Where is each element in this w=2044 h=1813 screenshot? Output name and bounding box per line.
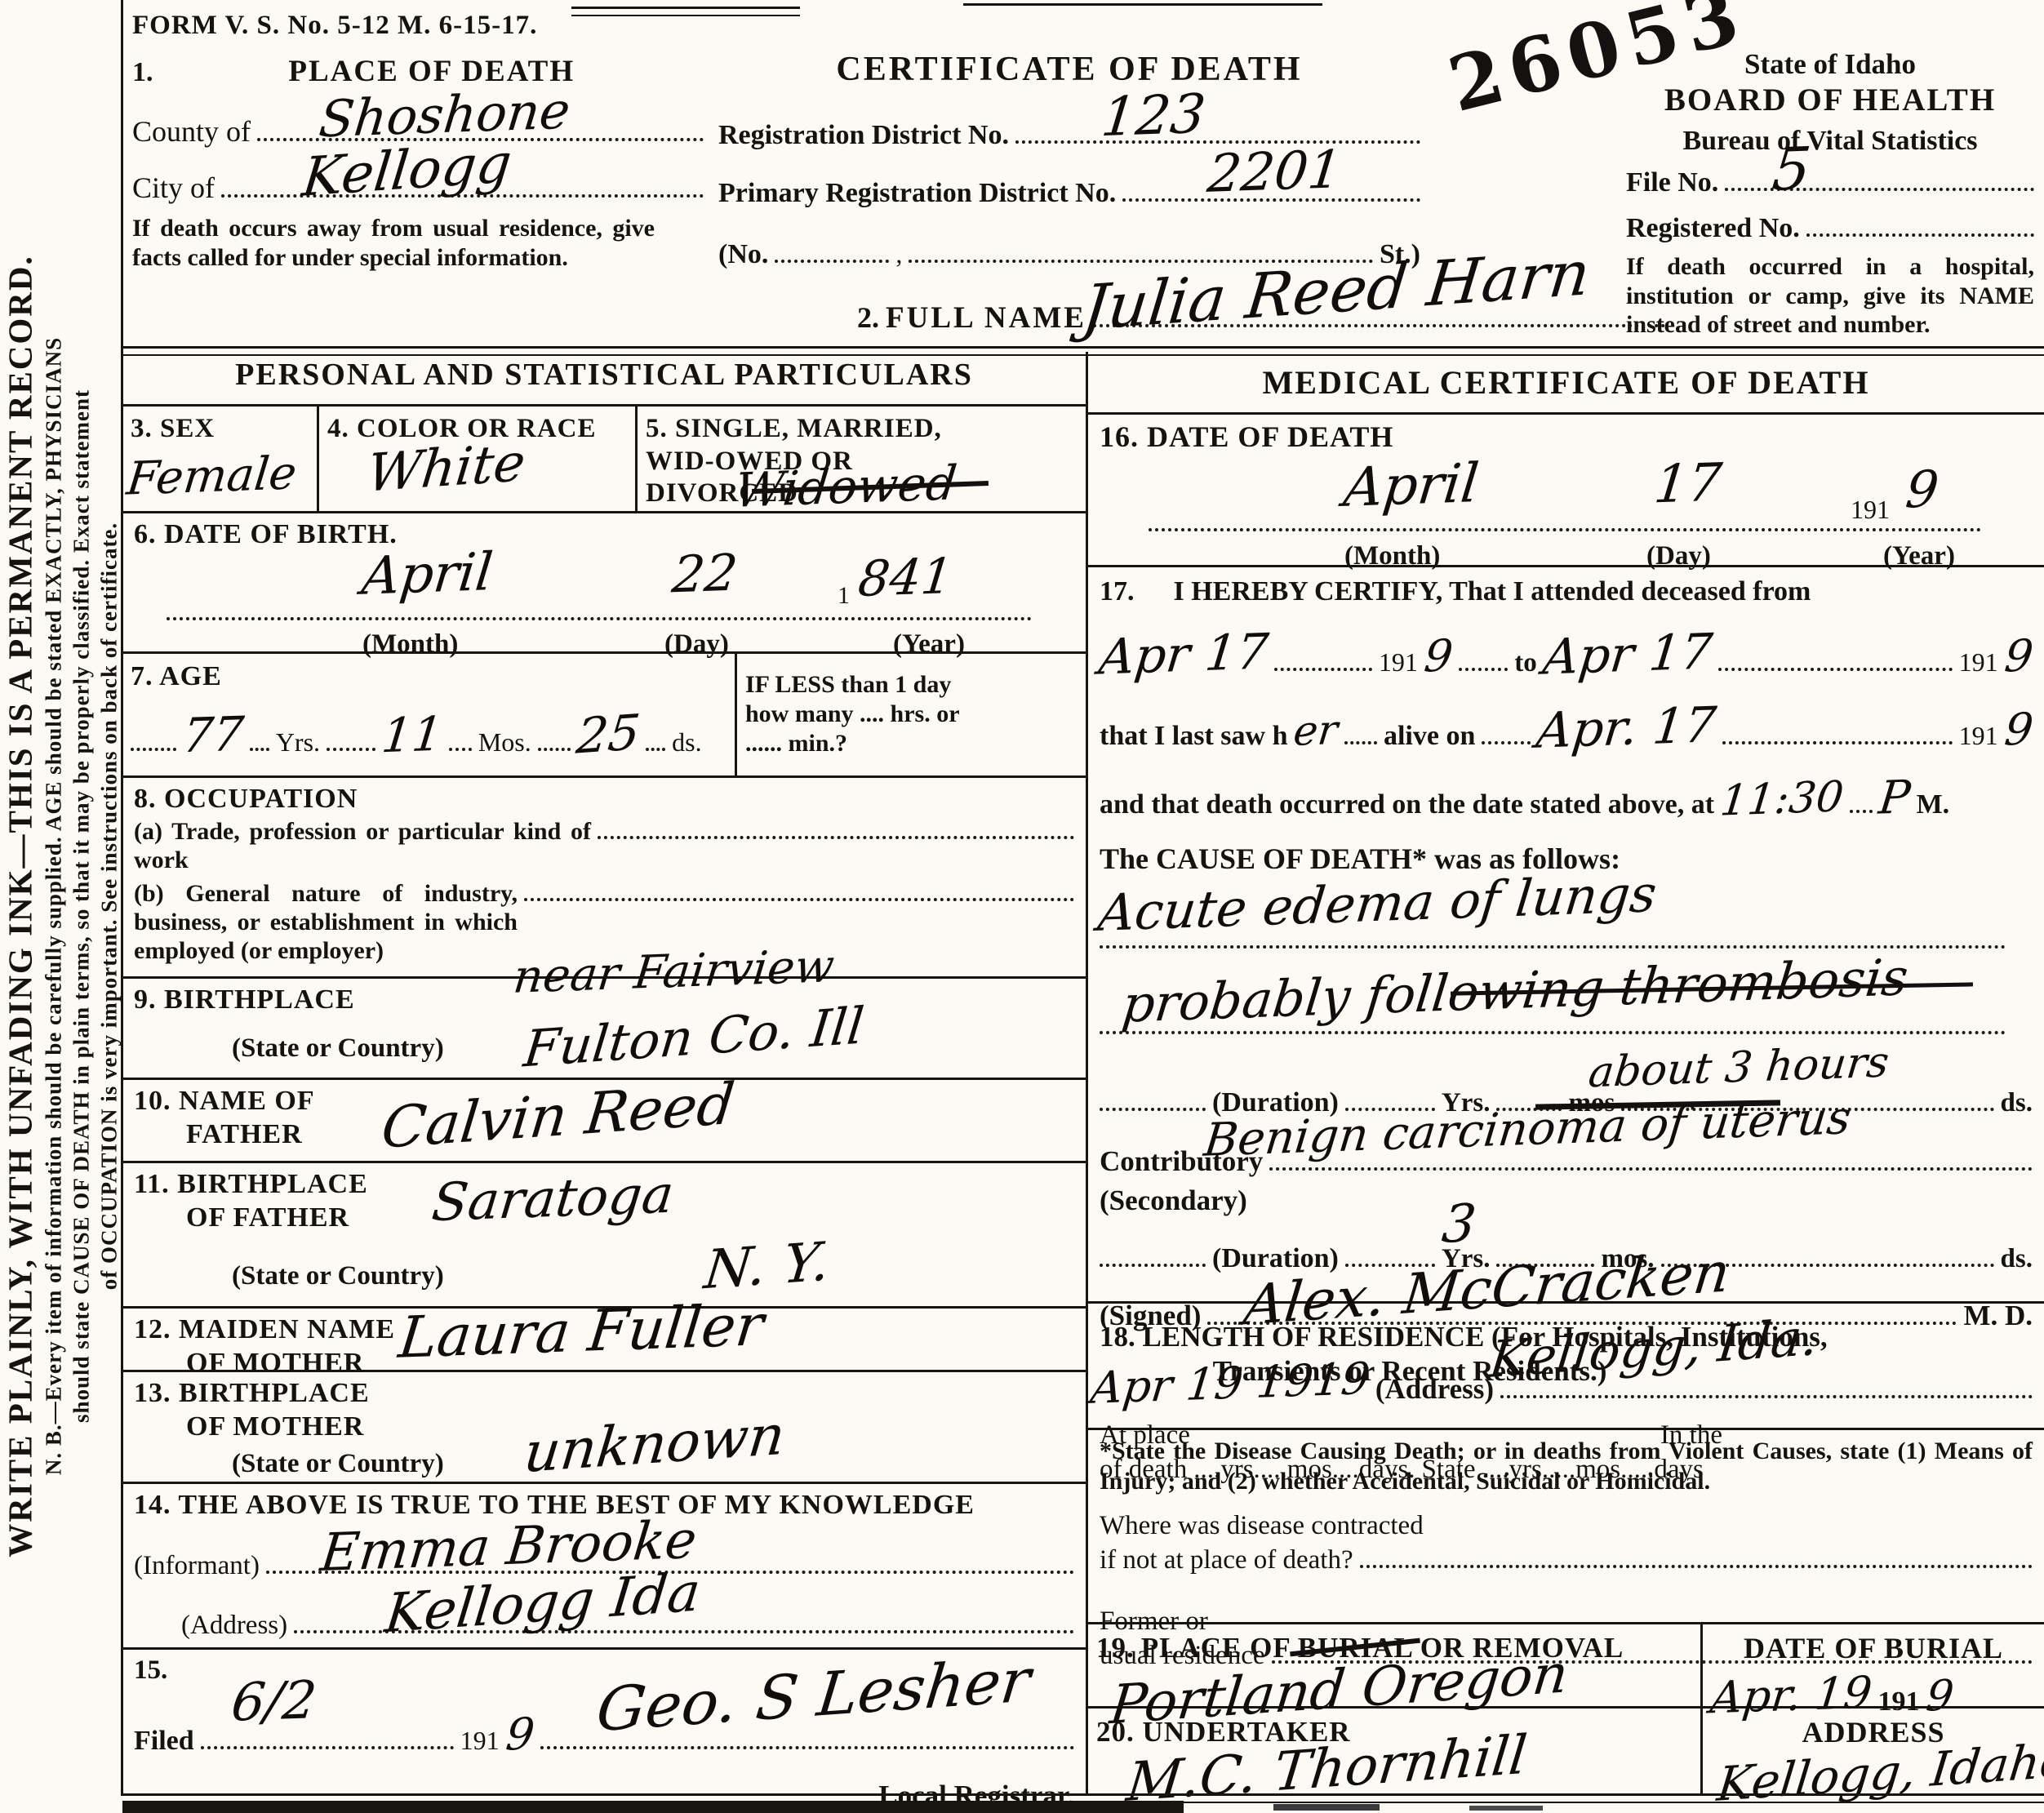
contracted-dots: [1360, 1545, 2033, 1568]
last-saw-dots3: [1722, 722, 1953, 744]
last-saw-date: Apr. 17: [1534, 695, 1719, 761]
informant-address-label: (Address): [181, 1610, 287, 1642]
attended-from-dots: [1274, 648, 1372, 671]
board-of-health-block: State of Idaho BOARD OF HEALTH Bureau of…: [1626, 47, 2034, 339]
burial-section: 19. PLACE OF BURIAL OR REMOVAL Portland …: [1088, 1624, 2044, 1796]
registration-district-value: 123: [1099, 82, 1209, 150]
residence-state-label: State: [1422, 1454, 1476, 1486]
age-fields-cell: 7. AGE 77 Yrs. 11 Mos. 25 ds.: [122, 654, 735, 775]
margin-line-2: N. B.—Every item of information should b…: [41, 0, 69, 1813]
at-place-label: At place: [1100, 1420, 1190, 1452]
residence-fields-1: ....yrs.....mos....days.: [1193, 1454, 1415, 1486]
street-comma: ,: [895, 238, 902, 269]
duration2-ds-label: ds.: [2001, 1243, 2033, 1276]
mother-maiden-value: Laura Fuller: [396, 1291, 767, 1371]
occupation-b-dots: [524, 878, 1074, 901]
file-no-label: File No.: [1626, 167, 1718, 200]
age-row: 7. AGE 77 Yrs. 11 Mos. 25 ds. IF: [122, 654, 1086, 778]
registered-no-dots: [1806, 214, 2034, 237]
top-edge-rule-2: [963, 3, 1322, 6]
medical-column: MEDICAL CERTIFICATE OF DEATH 16. DATE OF…: [1086, 352, 2044, 1796]
personal-section-header: PERSONAL AND STATISTICAL PARTICULARS: [122, 352, 1086, 407]
death-time-dots: [1850, 790, 1873, 813]
duration2-lead-dots: [1100, 1244, 1206, 1267]
occupation-b-label: (b) General nature of industry, business…: [134, 879, 518, 966]
filed-label: Filed: [134, 1725, 194, 1758]
certify-text: I HEREBY CERTIFY, That I attended deceas…: [1174, 575, 1811, 609]
father-name-row: 10. NAME OF FATHER Calvin Reed: [122, 1080, 1086, 1163]
attended-to-year-printed: 191: [1959, 647, 1998, 678]
medical-section-header: MEDICAL CERTIFICATE OF DEATH: [1088, 352, 2044, 415]
mother-bp-label-line1: 13. BIRTHPLACE: [134, 1377, 1074, 1411]
certify-number: 17.: [1100, 575, 1135, 609]
last-saw-prefix: that I last saw h: [1100, 720, 1287, 753]
registration-district-dots: [1015, 121, 1420, 144]
age-mos-dots2: [449, 728, 472, 751]
age-days-value: 25: [574, 703, 643, 766]
street-no-dots-1: [775, 240, 889, 263]
full-name-number: 2.: [857, 300, 879, 335]
margin-line-3: should state CAUSE OF DEATH in plain ter…: [68, 0, 96, 1813]
age-ds-label: ds.: [672, 727, 701, 758]
personal-section-title: PERSONAL AND STATISTICAL PARTICULARS: [235, 358, 973, 392]
attended-to-gap-dots: [1459, 648, 1508, 671]
birthplace-value-line2: Fulton Co. Ill: [521, 996, 867, 1080]
city-label: City of: [132, 171, 215, 206]
last-saw-dots2: [1482, 722, 1531, 744]
hospital-note: If death occurred in a hospital, institu…: [1626, 252, 2034, 339]
sex-race-marital-row: 3. SEX Female 4. COLOR OR RACE White 5. …: [122, 407, 1086, 513]
bottom-scan-dash-2: [1469, 1806, 1543, 1811]
undertaker-address-cell: ADDRESS Kellogg, Idaho: [1703, 1709, 2044, 1793]
county-label: County of: [132, 114, 251, 149]
city-value: Kellogg: [300, 131, 515, 210]
age-yrs-dots2: [250, 728, 269, 751]
dob-year-printed: 1: [838, 581, 850, 611]
mother-birthplace-row: 13. BIRTHPLACE OF MOTHER (State or Count…: [122, 1372, 1086, 1484]
sex-cell: 3. SEX Female: [122, 407, 317, 511]
death-time-value: 11:30: [1717, 771, 1846, 827]
last-saw-year-printed: 191: [1959, 720, 1998, 751]
age-note-line3: ...... min.?: [745, 729, 1078, 758]
residence-row: 18. LENGTH OF RESIDENCE (For Hospitals, …: [1088, 1304, 2044, 1624]
age-yrs-dots: [131, 728, 176, 751]
age-months-value: 11: [379, 706, 445, 765]
occupation-label: 8. OCCUPATION: [134, 783, 1074, 816]
of-death-label: of death: [1100, 1454, 1187, 1486]
full-name-label: FULL NAME: [886, 300, 1086, 336]
full-name-row: 2. FULL NAME Julia Reed Harn: [857, 300, 1665, 336]
attended-to-dots: [1718, 648, 1953, 671]
age-note-line2: how many .... hrs. or: [745, 700, 1078, 729]
attended-from-year-printed: 191: [1379, 647, 1418, 678]
dod-year-printed: 191: [1851, 494, 1890, 525]
place-of-death-title: PLACE OF DEATH: [160, 54, 704, 90]
age-years-value: 77: [180, 706, 246, 765]
occupation-a-label: (a) Trade, profession or particular kind…: [134, 817, 591, 875]
dod-year-written: 9: [1903, 460, 1941, 522]
secondary-label: (Secondary): [1100, 1184, 2033, 1218]
dob-year-value: 841: [855, 547, 956, 609]
age-yrs-label: Yrs.: [276, 727, 320, 758]
birthplace-value-line1: near Fairview: [511, 939, 838, 1005]
last-saw-written: er: [1291, 705, 1340, 756]
duration1-ds-label: ds.: [2001, 1087, 2033, 1120]
contracted-line1: Where was disease contracted: [1100, 1510, 2033, 1543]
date-of-burial-cell: DATE OF BURIAL Apr. 19 191 9: [1703, 1624, 2044, 1709]
residence-label-line1: 18. LENGTH OF RESIDENCE (For Hospitals, …: [1100, 1320, 2033, 1354]
bureau-name: Bureau of Vital Statistics: [1626, 125, 2034, 158]
bottom-scan-dash: [1273, 1804, 1380, 1811]
item1-number: 1.: [132, 56, 153, 90]
father-bp-value-line1: Saratoga: [429, 1164, 676, 1235]
margin-rotated-text: WRITE PLAINLY, WITH UNFADING INK—THIS IS…: [1, 0, 123, 1813]
contracted-line2: if not at place of death?: [1100, 1544, 1353, 1577]
death-certificate-scan: WRITE PLAINLY, WITH UNFADING INK—THIS IS…: [0, 0, 2044, 1813]
occurred-text: and that death occurred on the date stat…: [1100, 789, 1714, 822]
dob-month-value: April: [359, 541, 496, 608]
dob-label: 6. DATE OF BIRTH.: [134, 518, 1074, 552]
place-of-death-block: FORM V. S. No. 5-12 M. 6-15-17. 1. PLACE…: [132, 10, 704, 272]
age-note-line1: IF LESS than 1 day: [745, 670, 1078, 700]
margin-line-1: WRITE PLAINLY, WITH UNFADING INK—THIS IS…: [1, 0, 41, 1813]
race-cell: 4. COLOR OR RACE White: [317, 407, 635, 511]
filed-row: 15. Filed 191 9 6/2 Geo. S Lesher Local …: [122, 1650, 1086, 1796]
certificate-title: CERTIFICATE OF DEATH: [718, 49, 1420, 90]
attended-to-value: Apr 17: [1540, 622, 1714, 687]
burial-date-label: DATE OF BURIAL: [1744, 1632, 2003, 1664]
registration-block: CERTIFICATE OF DEATH Registration Distri…: [718, 49, 1420, 272]
residence-fields-2: ....yrs.....mos.....days: [1482, 1454, 1704, 1486]
informant-label: (Informant): [134, 1550, 260, 1583]
father-birthplace-row: 11. BIRTHPLACE OF FATHER Saratoga (State…: [122, 1163, 1086, 1309]
duration1-lead-dots: [1100, 1088, 1206, 1111]
date-of-death-row: 16. DATE OF DEATH April 17 191 9 (Month)…: [1088, 415, 2044, 567]
death-time-ampm: P: [1876, 770, 1913, 825]
registered-no-label: Registered No.: [1626, 212, 1800, 246]
sex-label: 3. SEX: [131, 413, 309, 446]
attended-from-year-written: 9: [1421, 629, 1455, 683]
dob-day-value: 22: [669, 542, 740, 605]
filed-year-written: 9: [503, 1708, 536, 1762]
state-name: State of Idaho: [1626, 47, 2034, 82]
attended-to-year-written: 9: [2002, 629, 2035, 683]
residence-label-line2: Transients or Recent Residents.): [1100, 1354, 1720, 1389]
medical-section-title: MEDICAL CERTIFICATE OF DEATH: [1263, 364, 1870, 401]
mother-bp-state-label: (State or Country): [232, 1449, 444, 1478]
father-bp-value-line2: N. Y.: [701, 1229, 833, 1302]
birthplace-row: 9. BIRTHPLACE near Fairview (State or Co…: [122, 979, 1086, 1080]
bottom-scan-bar: [122, 1801, 1184, 1813]
last-saw-dots1: [1344, 722, 1377, 744]
sex-value: Female: [124, 446, 299, 506]
duration1-value: about 3 hours: [1586, 1038, 1891, 1099]
birthplace-state-label: (State or Country): [232, 1033, 444, 1063]
age-label: 7. AGE: [131, 660, 727, 694]
burial-number: 19.: [1096, 1632, 1135, 1664]
attended-from-value: Apr 17: [1096, 622, 1271, 687]
birthplace-label: 9. BIRTHPLACE: [134, 984, 355, 1015]
undertaker-cell: 20. UNDERTAKER M.C. Thornhill: [1088, 1709, 1700, 1793]
race-value: White: [364, 432, 528, 505]
registration-district-label: Registration District No.: [718, 119, 1009, 153]
filed-date-value: 6/2: [229, 1669, 320, 1735]
age-mos-dots: [327, 728, 375, 751]
filed-year-printed: 191: [460, 1725, 500, 1756]
certification-row: 17. I HEREBY CERTIFY, That I attended de…: [1088, 567, 2044, 1304]
primary-registration-value: 2201: [1205, 139, 1345, 206]
dod-label: 16. DATE OF DEATH: [1100, 420, 2033, 455]
margin-line-4: of OCCUPATION is very important. See ins…: [96, 0, 123, 1813]
away-from-residence-note: If death occurs away from usual residenc…: [132, 214, 655, 272]
informant-row: 14. THE ABOVE IS TRUE TO THE BEST OF MY …: [122, 1484, 1086, 1650]
in-the-label: In the: [1660, 1420, 1722, 1452]
left-margin: WRITE PLAINLY, WITH UNFADING INK—THIS IS…: [0, 0, 122, 1813]
primary-registration-label: Primary Registration District No.: [718, 177, 1116, 211]
age-ds-dots: [538, 728, 571, 751]
occupation-a-dots: [598, 816, 1074, 839]
alive-on-label: alive on: [1384, 720, 1475, 753]
form-number: FORM V. S. No. 5-12 M. 6-15-17.: [132, 10, 704, 42]
last-saw-year-written: 9: [2002, 703, 2035, 757]
street-no-label: (No.: [718, 238, 768, 272]
board-name: BOARD OF HEALTH: [1626, 82, 2034, 120]
dod-month-value: April: [1340, 451, 1482, 520]
age-ds-dots2: [646, 728, 665, 751]
age-note-cell: IF LESS than 1 day how many .... hrs. or…: [735, 654, 1086, 775]
dod-day-value: 17: [1651, 452, 1725, 518]
meridiem-label: M.: [1917, 789, 1950, 822]
mother-maiden-row: 12. MAIDEN NAME OF MOTHER Laura Fuller: [122, 1309, 1086, 1372]
burial-label-pre: PLACE OF: [1141, 1632, 1291, 1664]
to-label: to: [1514, 647, 1537, 680]
personal-column: PERSONAL AND STATISTICAL PARTICULARS 3. …: [122, 352, 1086, 1796]
father-bp-state-label: (State or Country): [232, 1261, 444, 1291]
file-no-value: 5: [1769, 133, 1814, 205]
age-mos-label: Mos.: [478, 727, 531, 758]
place-of-burial-cell: 19. PLACE OF BURIAL OR REMOVAL Portland …: [1088, 1624, 1700, 1709]
marital-cell: 5. SINGLE, MARRIED, WID-OWED OR DIVORCED…: [635, 407, 1086, 511]
date-of-birth-row: 6. DATE OF BIRTH. April 22 1 841 (Month)…: [122, 513, 1086, 654]
duration2-value: 3: [1439, 1193, 1479, 1256]
